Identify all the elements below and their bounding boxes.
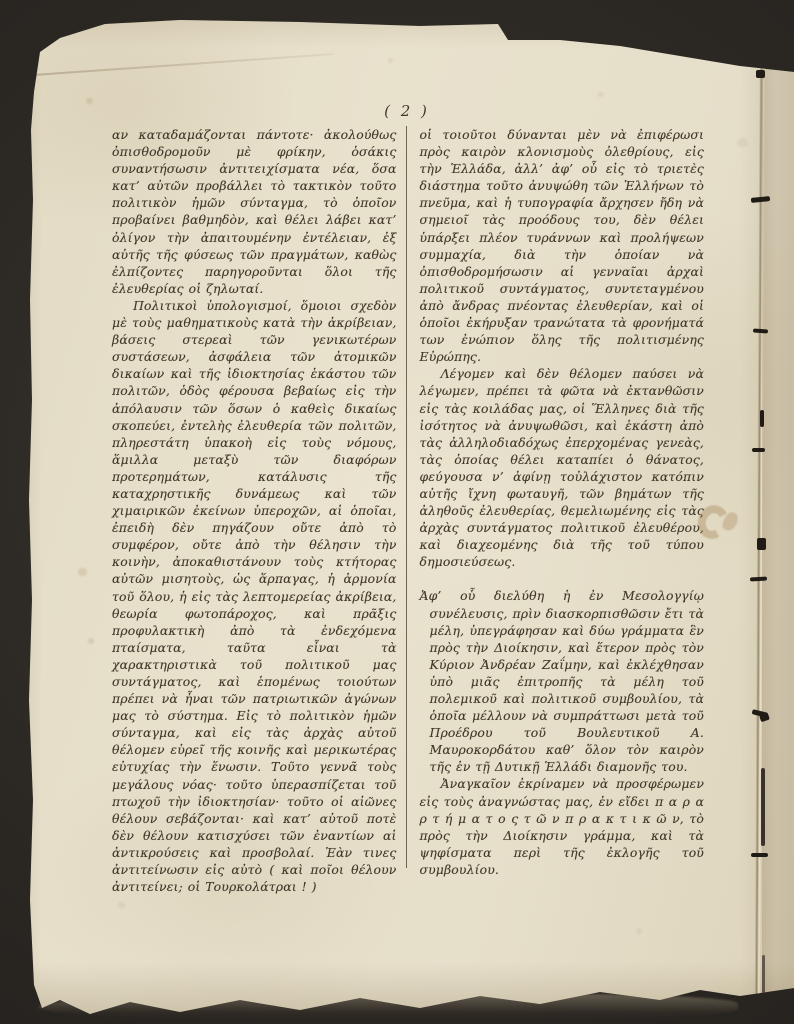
- paper-sheet: ( 2 ) αν καταδαμάζονται πάντοτε· ἀκολούθ…: [0, 0, 794, 1024]
- paragraph: Ἀναγκαῖον ἐκρίναμεν νὰ προσφέρωμεν εἰς τ…: [420, 775, 705, 878]
- corner-crease: [34, 53, 333, 76]
- binding-crease: [752, 64, 768, 1000]
- paragraph: Πολιτικοὶ ὑπολογισμοί, ὅμοιοι σχεδὸν μὲ …: [112, 297, 397, 895]
- foxing-spot: [118, 902, 125, 908]
- paragraph: Ἀφ’ οὗ διελύθη ἡ ἐν Μεσολογγίῳ συνέλευσι…: [420, 587, 705, 775]
- stitch-thread: [762, 955, 765, 1003]
- foxing-spot: [737, 138, 748, 147]
- paragraph: Λέγομεν καὶ δὲν θέλομεν παύσει νὰ λέγωμε…: [420, 365, 705, 570]
- column-left: αν καταδαμάζονται πάντοτε· ἀκολούθως ὀπι…: [112, 126, 407, 868]
- foxing-spot: [78, 568, 87, 576]
- stitch-thread: [751, 196, 770, 203]
- page-number: ( 2 ): [112, 104, 702, 119]
- column-right: οἱ τοιοῦτοι δύνανται μὲν νὰ ἐπιφέρωσι πρ…: [420, 126, 705, 868]
- stitch-thread: [759, 713, 770, 722]
- stitch-thread: [756, 70, 765, 78]
- foxing-spot: [388, 58, 393, 63]
- paragraph: οἱ τοιοῦτοι δύνανται μὲν νὰ ἐπιφέρωσι πρ…: [420, 126, 705, 365]
- foxing-spot: [86, 98, 93, 104]
- paragraph: αν καταδαμάζονται πάντοτε· ἀκολούθως ὀπι…: [112, 126, 397, 297]
- foxing-spot: [598, 92, 604, 97]
- foxing-spot: [88, 638, 94, 644]
- stitch-thread: [752, 448, 765, 452]
- stitch-thread: [760, 410, 764, 427]
- stitch-thread: [761, 768, 765, 846]
- stitch-thread: [751, 853, 768, 857]
- stitch-thread: [757, 538, 766, 550]
- text-columns: αν καταδαμάζονται πάντοτε· ἀκολούθως ὀπι…: [112, 126, 704, 868]
- scanned-page-background: ( 2 ) αν καταδαμάζονται πάντοτε· ἀκολούθ…: [0, 0, 794, 1024]
- foxing-spot: [636, 928, 642, 934]
